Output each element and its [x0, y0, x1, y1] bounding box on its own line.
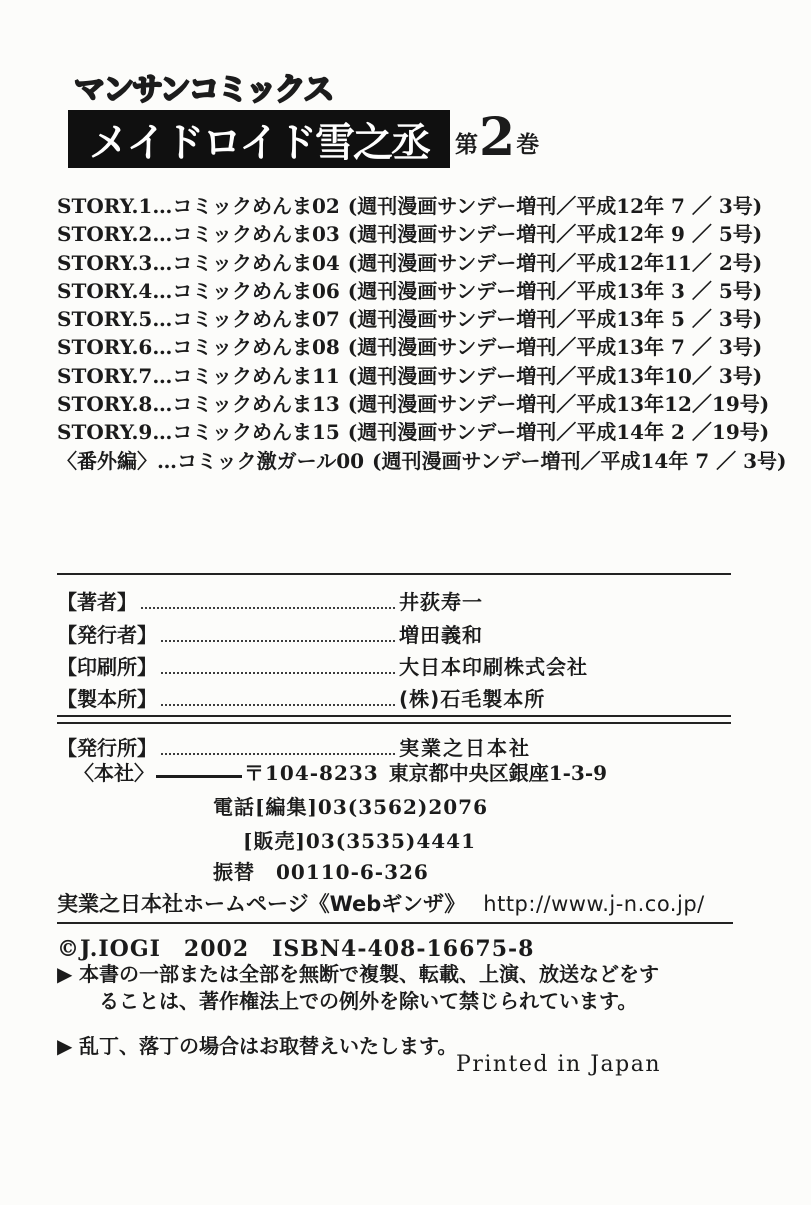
story-source-title: コミックめんま11: [172, 364, 339, 388]
story-row: STORY.1…コミックめんま02(週刊漫画サンデー増刊／平成12年 7 ／ 3…: [57, 192, 737, 220]
story-row: STORY.8…コミックめんま13(週刊漫画サンデー増刊／平成13年12／19号…: [57, 390, 737, 418]
story-source-title: コミックめんま03: [172, 222, 339, 246]
story-separator: …: [152, 307, 172, 331]
story-separator: …: [152, 420, 172, 444]
credit-row: 【製本所】 (株)石毛製本所: [57, 680, 731, 712]
story-separator: …: [152, 279, 172, 303]
story-issue: (週刊漫画サンデー増刊／平成14年 7 ／ 3号): [372, 449, 786, 473]
notice-line2: ることは、著作権法上での例外を除いて禁じられています。: [79, 988, 659, 1015]
story-issue: (週刊漫画サンデー増刊／平成13年10／ 3号): [348, 364, 762, 388]
website-line: 実業之日本社ホームページ《Webギンザ》http://www.j-n.co.jp…: [57, 888, 737, 918]
story-row: STORY.5…コミックめんま07(週刊漫画サンデー増刊／平成13年 5 ／ 3…: [57, 305, 737, 333]
story-separator: …: [152, 222, 172, 246]
story-row: STORY.4…コミックめんま06(週刊漫画サンデー増刊／平成13年 3 ／ 5…: [57, 277, 737, 305]
story-label: STORY.9: [57, 420, 152, 444]
phone-editorial: 電話[編集]03(3562)2076: [213, 791, 488, 820]
credit-row: 【著者】 井荻寿一: [57, 583, 731, 615]
story-issue: (週刊漫画サンデー増刊／平成12年 9 ／ 5号): [348, 222, 762, 246]
publisher-row: 【発行所】 実業之日本社: [57, 727, 731, 761]
story-source-title: コミックめんま04: [172, 251, 339, 275]
story-row: 〈番外編〉…コミック激ガール00(週刊漫画サンデー増刊／平成14年 7 ／ 3号…: [57, 447, 737, 475]
head-office-row: 〈本社〉 〒104-8233 東京都中央区銀座1-3-9: [74, 757, 607, 786]
story-separator: …: [152, 364, 172, 388]
story-source-title: コミック激ガール00: [177, 449, 364, 473]
volume-number: 2: [479, 117, 515, 160]
book-title: メイドロイド雪之丞: [89, 111, 429, 168]
office-address: 東京都中央区銀座1-3-9: [389, 757, 607, 786]
postal-code: 〒104-8233: [244, 757, 379, 786]
dotted-leader: [161, 753, 395, 755]
series-logo: マンサンコミックス: [74, 64, 333, 109]
story-row: STORY.3…コミックめんま04(週刊漫画サンデー増刊／平成12年11／ 2号…: [57, 249, 737, 277]
story-source-title: コミックめんま08: [172, 335, 339, 359]
triangle-bullet-icon: ▶: [57, 961, 79, 1015]
credit-label: 【製本所】: [57, 683, 157, 712]
volume-indicator: 第 2 巻: [455, 112, 539, 160]
dotted-leader: [141, 607, 395, 609]
credits-table: 【著者】 井荻寿一 【発行者】 増田義和 【印刷所】 大日本印刷株式会社 【製本…: [57, 573, 731, 724]
story-separator: …: [152, 392, 172, 416]
story-label: STORY.5: [57, 307, 152, 331]
story-source-title: コミックめんま15: [172, 420, 339, 444]
colophon-page: マンサンコミックス メイドロイド雪之丞 第 2 巻 STORY.1…コミックめん…: [0, 0, 811, 1205]
title-banner: メイドロイド雪之丞: [68, 110, 450, 168]
dotted-leader: [161, 672, 395, 674]
notice-text: 乱丁、落丁の場合はお取替えいたします。: [79, 1033, 457, 1060]
credit-label: 【印刷所】: [57, 651, 157, 680]
credit-value: 増田義和: [399, 619, 731, 648]
credit-value: 井荻寿一: [399, 586, 731, 615]
story-issue: (週刊漫画サンデー増刊／平成12年11／ 2号): [348, 251, 762, 275]
story-separator: …: [157, 449, 177, 473]
story-issue: (週刊漫画サンデー増刊／平成13年 5 ／ 3号): [348, 307, 762, 331]
story-row: STORY.9…コミックめんま15(週刊漫画サンデー増刊／平成14年 2 ／19…: [57, 418, 737, 446]
story-label: STORY.2: [57, 222, 152, 246]
story-source-title: コミックめんま13: [172, 392, 339, 416]
triangle-bullet-icon: ▶: [57, 1033, 79, 1060]
credit-label: 【発行者】: [57, 619, 157, 648]
postal-transfer: 振替 00110-6-326: [213, 856, 429, 885]
credit-row: 【印刷所】 大日本印刷株式会社: [57, 648, 731, 680]
story-label: STORY.1: [57, 194, 152, 218]
copyright-line: ©J.IOGI 2002 ISBN4-408-16675-8: [57, 932, 534, 963]
credit-label: 【著者】: [57, 586, 137, 615]
story-source-title: コミックめんま06: [172, 279, 339, 303]
divider-rule: [57, 922, 733, 924]
notice-text: 本書の一部または全部を無断で複製、転載、上演、放送などをす ることは、著作権法上…: [79, 961, 659, 1015]
notice-line1: 乱丁、落丁の場合はお取替えいたします。: [79, 1034, 457, 1058]
story-row: STORY.2…コミックめんま03(週刊漫画サンデー増刊／平成12年 9 ／ 5…: [57, 220, 737, 248]
volume-suffix: 巻: [516, 134, 539, 157]
website-url: http://www.j-n.co.jp/: [483, 892, 704, 916]
story-source-title: コミックめんま02: [172, 194, 339, 218]
volume-prefix: 第: [455, 134, 478, 157]
story-label: STORY.8: [57, 392, 152, 416]
story-separator: …: [152, 335, 172, 359]
story-label: STORY.3: [57, 251, 152, 275]
dotted-leader: [161, 640, 395, 642]
head-office-label: 〈本社〉: [74, 757, 154, 786]
story-separator: …: [152, 251, 172, 275]
story-label: 〈番外編〉: [57, 449, 157, 473]
story-issue: (週刊漫画サンデー増刊／平成13年12／19号): [348, 392, 769, 416]
story-issue: (週刊漫画サンデー増刊／平成13年 7 ／ 3号): [348, 335, 762, 359]
story-label: STORY.4: [57, 279, 152, 303]
website-label: 実業之日本社ホームページ《Webギンザ》: [57, 892, 465, 916]
legal-notice: ▶ 本書の一部または全部を無断で複製、転載、上演、放送などをす ることは、著作権…: [57, 961, 747, 1015]
story-row: STORY.6…コミックめんま08(週刊漫画サンデー増刊／平成13年 7 ／ 3…: [57, 333, 737, 361]
story-list: STORY.1…コミックめんま02(週刊漫画サンデー増刊／平成12年 7 ／ 3…: [57, 192, 737, 475]
credit-value: (株)石毛製本所: [399, 683, 731, 712]
publisher-block: 【発行所】 実業之日本社: [57, 715, 731, 761]
dash-leader: [156, 775, 242, 778]
notice-line1: 本書の一部または全部を無断で複製、転載、上演、放送などをす: [79, 962, 659, 986]
credit-row: 【発行者】 増田義和: [57, 615, 731, 647]
dotted-leader: [161, 704, 395, 706]
story-label: STORY.6: [57, 335, 152, 359]
story-separator: …: [152, 194, 172, 218]
story-source-title: コミックめんま07: [172, 307, 339, 331]
story-issue: (週刊漫画サンデー増刊／平成13年 3 ／ 5号): [348, 279, 762, 303]
credit-value: 大日本印刷株式会社: [399, 651, 731, 680]
story-issue: (週刊漫画サンデー増刊／平成14年 2 ／19号): [348, 420, 769, 444]
story-label: STORY.7: [57, 364, 152, 388]
story-issue: (週刊漫画サンデー増刊／平成12年 7 ／ 3号): [348, 194, 762, 218]
printed-in-japan: Printed in Japan: [456, 1052, 661, 1077]
phone-sales: [販売]03(3535)4441: [243, 825, 476, 854]
story-row: STORY.7…コミックめんま11(週刊漫画サンデー増刊／平成13年10／ 3号…: [57, 362, 737, 390]
